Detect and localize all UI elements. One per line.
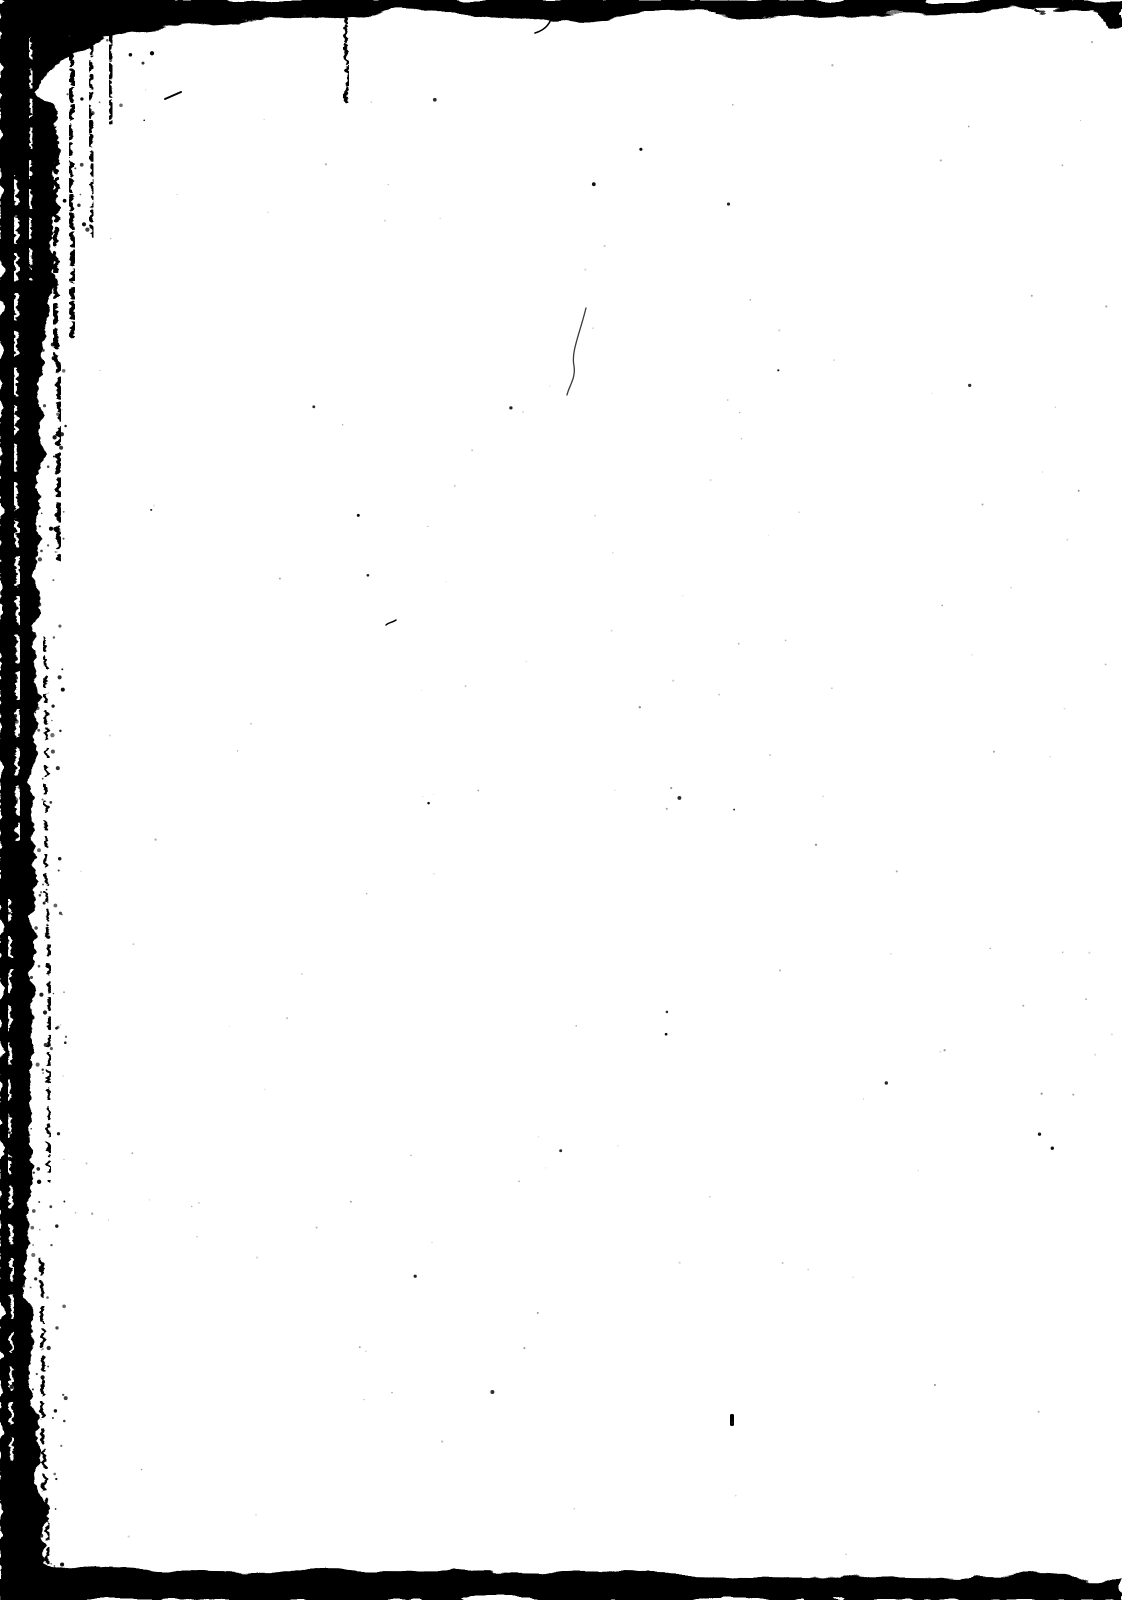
dust-speck [30, 976, 33, 979]
dust-speck [53, 1473, 56, 1476]
dust-speck [639, 148, 642, 151]
dust-speck [13, 1024, 16, 1027]
dust-speck [1066, 539, 1068, 541]
dust-speck [18, 733, 21, 736]
dust-speck [24, 1195, 28, 1199]
dust-speck [301, 973, 303, 975]
dust-speck [25, 1135, 27, 1137]
dust-speck [433, 794, 434, 795]
dust-speck [99, 370, 100, 371]
dust-speck [427, 526, 428, 527]
dust-speck [286, 1017, 288, 1019]
dust-speck [40, 187, 42, 189]
dust-speck [1031, 295, 1033, 297]
dust-speck [50, 1047, 53, 1050]
dust-speck [39, 1229, 40, 1230]
dust-speck [59, 446, 63, 450]
dust-speck [53, 993, 54, 994]
dust-speck [50, 1244, 52, 1246]
dust-speck [38, 407, 41, 410]
dust-speck [268, 212, 269, 213]
dust-speck [798, 511, 800, 513]
dust-speck [40, 14, 42, 16]
dust-speck [9, 847, 11, 849]
dust-speck [940, 159, 942, 161]
dust-speck [325, 163, 327, 165]
dust-speck [366, 893, 368, 895]
dust-speck [782, 1262, 784, 1264]
dust-speck [391, 1392, 392, 1393]
dust-speck [37, 1551, 41, 1555]
dust-speck [738, 643, 740, 645]
dust-speck [833, 359, 835, 361]
dust-speck [47, 228, 50, 231]
dust-speck [471, 449, 473, 451]
dust-speck [198, 1202, 200, 1204]
dust-speck [422, 796, 423, 797]
dust-speck [778, 329, 780, 331]
dust-speck [42, 1072, 44, 1074]
dust-speck [36, 1415, 38, 1417]
dust-speck [1064, 708, 1066, 710]
dust-speck [35, 712, 36, 713]
dust-speck [36, 707, 39, 710]
dust-speck [30, 1286, 32, 1288]
dust-speck [16, 1408, 19, 1411]
dust-speck [55, 1478, 57, 1480]
dust-speck [8, 1157, 12, 1161]
dust-speck [14, 361, 18, 365]
dust-speck [279, 578, 281, 580]
dust-speck [20, 1324, 22, 1326]
dust-speck [62, 369, 66, 373]
dust-speck [62, 538, 64, 540]
dust-speck [8, 1131, 11, 1134]
dust-speck [63, 1075, 64, 1076]
dust-speck [414, 1275, 417, 1278]
dust-speck [584, 268, 586, 270]
dust-speck [931, 393, 932, 394]
dust-speck [677, 796, 681, 800]
paper-background [0, 0, 1122, 1600]
dust-speck [1094, 1054, 1096, 1056]
dust-speck [36, 1167, 40, 1171]
dust-speck [47, 465, 50, 468]
dust-speck [421, 690, 422, 691]
dust-speck [36, 1373, 38, 1375]
dust-speck [177, 194, 178, 195]
dust-speck [44, 785, 46, 787]
dust-speck [54, 1409, 57, 1412]
dust-speck [128, 1535, 130, 1537]
dust-speck [490, 1390, 494, 1394]
dust-speck [31, 1557, 33, 1559]
dust-speck [61, 688, 65, 692]
dust-speck [47, 544, 49, 546]
dust-speck [934, 1384, 936, 1386]
dust-speck [845, 1554, 846, 1555]
dust-speck [46, 1296, 49, 1299]
dust-speck [34, 926, 38, 930]
dust-speck [777, 369, 779, 371]
dust-speck [592, 327, 594, 329]
dust-speck [1105, 305, 1107, 307]
dust-speck [943, 1049, 945, 1051]
dust-speck [727, 203, 730, 206]
dust-speck [51, 750, 55, 754]
dust-speck [678, 1262, 680, 1264]
dust-speck [559, 1149, 562, 1152]
scan-artwork [0, 0, 1122, 1600]
dust-speck [718, 694, 720, 696]
dust-speck [145, 89, 146, 90]
dust-speck [19, 900, 22, 903]
dust-speck [55, 1224, 58, 1227]
dust-speck [47, 1566, 51, 1570]
dust-speck [388, 184, 389, 185]
dust-speck [44, 1043, 48, 1047]
dust-speck [885, 1081, 888, 1084]
dust-speck [80, 871, 81, 872]
dust-speck [21, 656, 22, 657]
dust-speck [807, 1269, 809, 1271]
dust-speck [7, 1115, 10, 1118]
dust-speck [54, 1565, 56, 1567]
dust-speck [141, 1469, 142, 1470]
dust-speck [25, 538, 27, 540]
dust-speck [74, 167, 76, 169]
dust-speck [152, 3, 154, 5]
dust-speck [26, 1368, 28, 1370]
dust-speck [49, 1205, 52, 1208]
dust-speck [52, 579, 54, 581]
dust-speck [863, 1098, 864, 1099]
dust-speck [50, 1563, 52, 1565]
dust-speck [129, 53, 133, 57]
dust-speck [14, 1431, 18, 1435]
dust-speck [31, 1226, 35, 1230]
dust-speck [60, 1445, 62, 1447]
dust-speck [28, 1591, 30, 1593]
dust-speck [1038, 1411, 1040, 1413]
dust-speck [665, 1033, 668, 1036]
dust-speck [28, 373, 32, 377]
dust-speck [831, 688, 832, 689]
dust-speck [68, 35, 70, 37]
dust-speck [39, 1590, 43, 1594]
dust-speck [16, 642, 18, 644]
dust-speck [57, 507, 60, 510]
dust-speck [30, 1128, 32, 1130]
dust-speck [264, 119, 265, 120]
dust-speck [142, 62, 145, 65]
dust-speck [50, 733, 54, 737]
dust-speck [522, 411, 523, 412]
dust-speck [51, 203, 54, 206]
dust-speck [1105, 663, 1107, 665]
dust-speck [39, 451, 42, 454]
dust-speck [727, 399, 729, 401]
dust-speck [36, 533, 38, 535]
dust-speck [49, 801, 52, 804]
dust-speck [32, 753, 36, 757]
dust-speck [32, 268, 35, 271]
dust-speck [359, 1346, 361, 1348]
dust-speck [39, 219, 41, 221]
dust-speck [682, 595, 683, 596]
dust-speck [71, 261, 72, 262]
dust-speck [971, 654, 972, 655]
dust-speck [12, 402, 15, 405]
dust-speck [91, 111, 95, 115]
dust-speck [21, 1064, 25, 1068]
dust-speck [15, 533, 18, 536]
dust-speck [42, 884, 44, 886]
dust-speck [7, 645, 10, 648]
dust-speck [32, 1209, 36, 1213]
dust-speck [17, 1313, 19, 1315]
dust-speck [264, 1089, 266, 1091]
dust-speck [48, 1538, 50, 1540]
dust-speck [785, 640, 787, 642]
dust-speck [13, 328, 16, 331]
dust-speck [441, 1440, 443, 1442]
dust-speck [32, 1388, 34, 1390]
dust-speck [154, 838, 156, 840]
dust-speck [37, 282, 41, 286]
dust-speck [41, 512, 43, 514]
dust-speck [815, 844, 817, 846]
dust-speck [55, 1508, 57, 1510]
dust-speck [34, 545, 37, 548]
dust-speck [604, 245, 606, 247]
dust-speck [14, 676, 18, 680]
dust-speck [639, 706, 641, 708]
dust-speck [21, 1131, 24, 1134]
dust-speck [890, 953, 892, 955]
dust-speck [918, 1170, 919, 1171]
dust-speck [27, 947, 31, 951]
dust-speck [1080, 120, 1081, 121]
dust-speck [47, 902, 48, 903]
dust-speck [42, 799, 44, 801]
dust-speck [549, 385, 551, 387]
dust-speck [59, 912, 62, 915]
dust-speck [779, 969, 781, 971]
dust-speck [1072, 1094, 1074, 1096]
dust-speck [618, 1145, 619, 1146]
left-streak [110, 8, 112, 122]
dust-speck [8, 600, 11, 603]
dust-speck [12, 477, 16, 481]
dust-speck [21, 984, 25, 988]
dust-speck [831, 64, 833, 66]
dust-speck [16, 1117, 20, 1121]
dust-speck [852, 1277, 853, 1278]
dust-speck [939, 1051, 941, 1053]
dust-speck [24, 1257, 27, 1260]
dust-speck [38, 1201, 40, 1203]
dust-speck [109, 86, 111, 88]
dust-speck [28, 111, 30, 113]
dust-speck [18, 787, 20, 789]
dust-speck [25, 1191, 28, 1194]
dust-speck [10, 1385, 14, 1389]
dust-speck [60, 1562, 64, 1566]
dust-speck [14, 714, 18, 718]
dust-speck [24, 820, 27, 823]
dust-speck [1078, 490, 1080, 492]
dust-speck [46, 889, 48, 891]
dust-speck [594, 515, 596, 517]
dust-speck [63, 199, 67, 203]
dust-speck [12, 1370, 15, 1373]
dust-speck [518, 1181, 520, 1183]
dust-speck [410, 1155, 411, 1156]
dust-speck [9, 912, 12, 915]
dust-speck [526, 661, 527, 662]
dust-speck [149, 1199, 150, 1200]
dust-speck [43, 902, 46, 905]
dust-speck [732, 104, 734, 106]
dust-speck [25, 480, 27, 482]
dust-speck [150, 51, 154, 55]
dust-speck [11, 63, 15, 67]
dust-speck [55, 1027, 58, 1030]
dust-speck [39, 894, 42, 897]
dust-speck [982, 504, 984, 506]
dust-speck [538, 1136, 539, 1137]
dust-speck [60, 1024, 61, 1025]
dust-speck [49, 252, 51, 254]
dust-speck [22, 1269, 23, 1270]
dust-speck [24, 401, 26, 403]
dust-speck [10, 191, 13, 194]
dust-speck [33, 1172, 35, 1174]
dust-speck [108, 1220, 109, 1221]
dust-speck [34, 451, 38, 455]
dust-speck [56, 412, 59, 415]
dust-speck [509, 406, 512, 409]
dust-speck [1022, 1005, 1024, 1007]
dust-speck [66, 93, 68, 95]
dust-speck [93, 32, 96, 35]
dust-speck [47, 1346, 51, 1350]
dust-speck [47, 29, 49, 31]
dust-speck [37, 616, 39, 618]
dust-speck [85, 227, 89, 231]
dust-speck [545, 1167, 546, 1168]
dust-speck [19, 784, 21, 786]
dust-speck [42, 349, 45, 352]
dust-speck [23, 1000, 26, 1003]
dust-speck [63, 991, 65, 993]
dust-speck [41, 1375, 45, 1379]
dust-speck [80, 163, 84, 167]
dust-speck [14, 1163, 17, 1166]
dust-speck [39, 993, 43, 997]
dust-speck [32, 1244, 34, 1246]
dust-speck [37, 729, 40, 732]
dust-speck [44, 60, 45, 61]
dust-speck [23, 1335, 26, 1338]
dust-speck [666, 808, 668, 810]
dust-speck [55, 1326, 58, 1329]
dust-speck [735, 1495, 737, 1497]
dust-speck [21, 362, 23, 364]
dust-speck [41, 1482, 45, 1486]
dust-speck [769, 754, 771, 756]
dust-speck [46, 160, 50, 164]
dust-speck [65, 1036, 67, 1038]
dust-speck [56, 394, 58, 396]
dust-speck [26, 956, 30, 960]
dust-speck [110, 238, 111, 239]
dust-speck [106, 39, 109, 42]
dust-speck [80, 194, 82, 196]
dust-speck [40, 550, 43, 553]
dust-speck [611, 630, 613, 632]
dust-speck [63, 511, 65, 513]
dust-speck [24, 855, 28, 859]
dust-speck [143, 119, 145, 121]
dust-speck [13, 957, 14, 958]
dust-speck [14, 798, 18, 802]
dust-speck [39, 1518, 43, 1522]
dust-speck [38, 965, 41, 968]
dust-speck [11, 746, 12, 747]
dust-speck [17, 879, 20, 882]
dust-speck [91, 1213, 93, 1215]
dust-speck [371, 101, 372, 102]
dust-speck [64, 425, 67, 428]
dust-speck [62, 1304, 66, 1308]
dust-speck [33, 1504, 35, 1506]
dust-speck [312, 405, 315, 408]
dust-speck [63, 1159, 64, 1160]
dust-speck [427, 802, 430, 805]
dust-speck [7, 1459, 10, 1462]
dust-speck [16, 1590, 19, 1593]
dust-speck [10, 688, 11, 689]
dust-speck [23, 1436, 27, 1440]
dust-speck [14, 719, 18, 723]
dust-speck [35, 116, 36, 117]
dust-speck [575, 1025, 577, 1027]
dust-speck [43, 404, 46, 407]
dust-speck [63, 1201, 65, 1203]
dust-speck [39, 525, 41, 527]
dust-speck [739, 412, 740, 413]
dust-speck [1088, 952, 1090, 954]
dust-speck [27, 642, 31, 646]
dust-speck [342, 424, 343, 425]
dust-speck [150, 509, 152, 511]
dust-speck [56, 766, 60, 770]
dust-speck [968, 126, 970, 128]
dust-speck [153, 505, 155, 507]
dust-speck [53, 456, 55, 458]
dust-speck [33, 1566, 35, 1568]
dust-speck [12, 108, 16, 112]
dust-speck [250, 723, 252, 725]
dust-speck [51, 720, 53, 722]
ink-spot [730, 1414, 734, 1426]
dust-speck [119, 104, 123, 108]
dust-speck [31, 1253, 35, 1257]
dust-speck [454, 485, 456, 487]
dust-speck [1042, 472, 1043, 473]
